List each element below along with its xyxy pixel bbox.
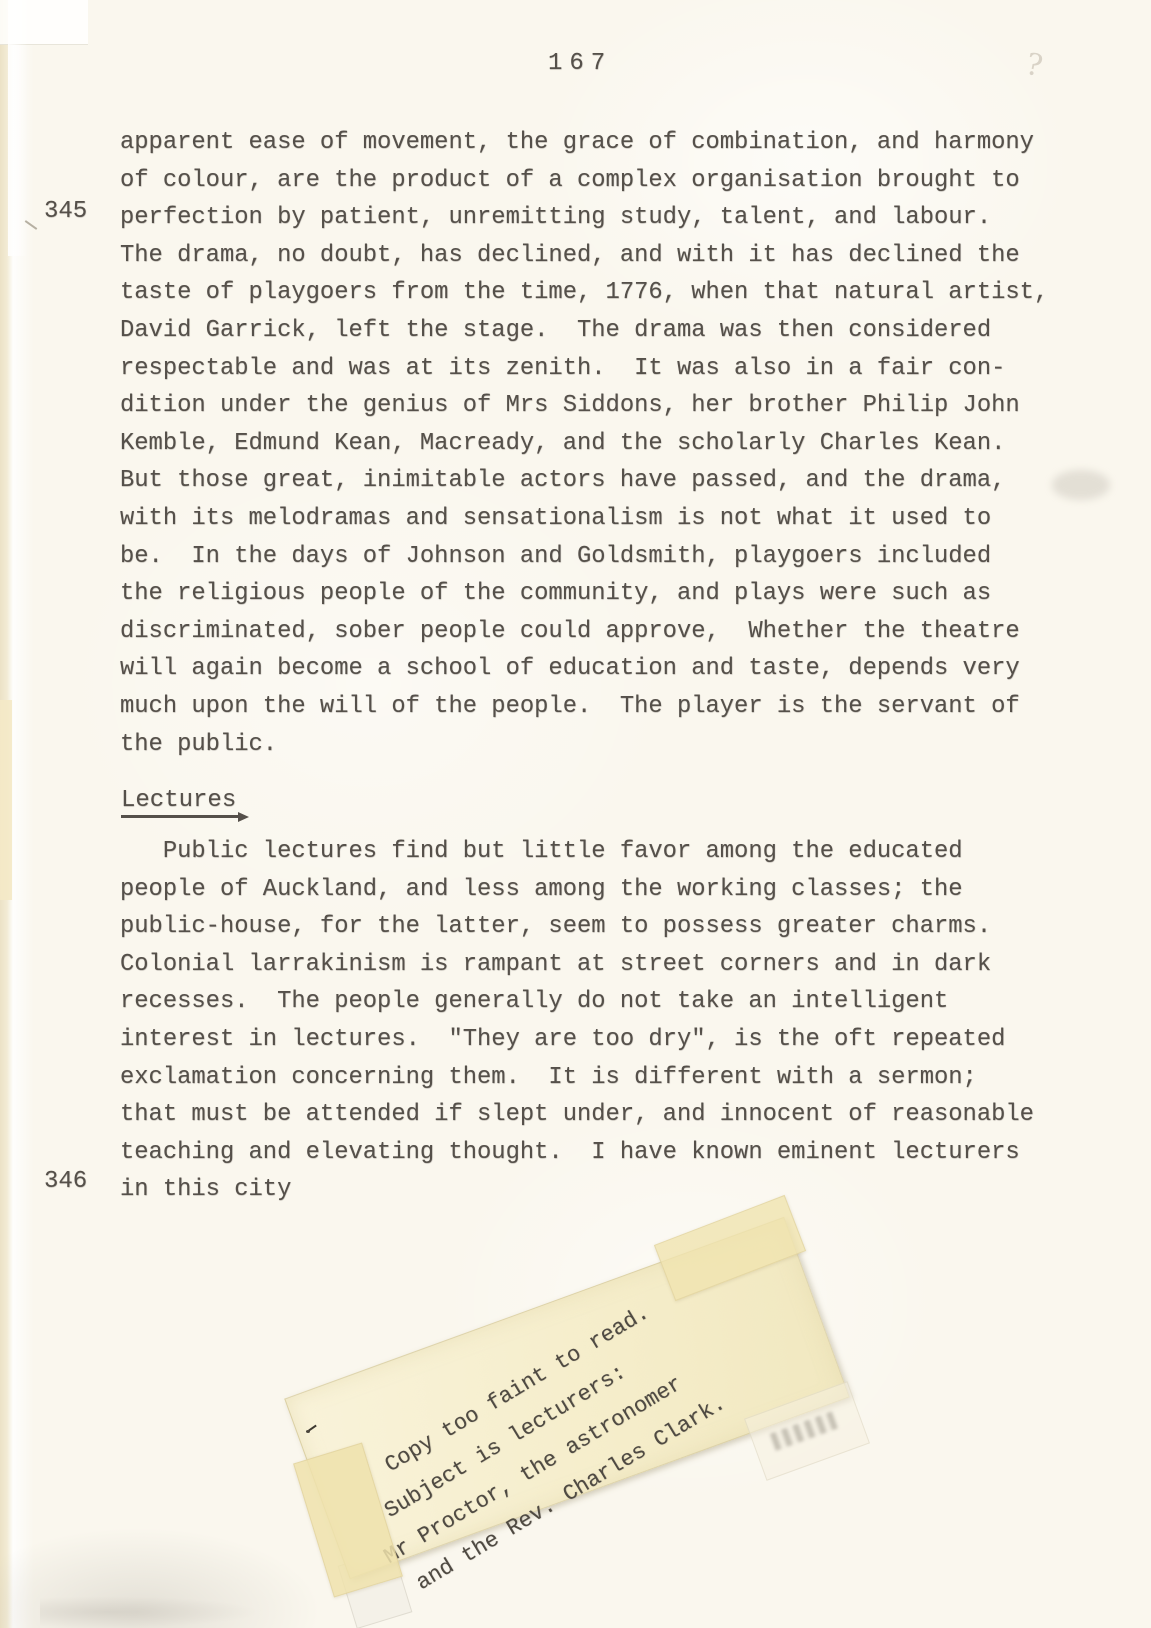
heading-underline-arrow <box>121 815 239 818</box>
scanned-typescript-page: ? 167 345 346 apparent ease of movement,… <box>0 0 1151 1628</box>
page-number: 167 <box>548 50 612 77</box>
margin-note-lower: 346 <box>44 1168 87 1195</box>
margin-note-upper: 345 <box>44 198 87 225</box>
text-line: will again become a school of education … <box>120 650 1100 688</box>
text-line: But those great, inimitable actors have … <box>120 462 1100 500</box>
ink-speck <box>306 1424 318 1434</box>
section-heading: Lectures <box>121 788 239 814</box>
text-line: teaching and elevating thought. I have k… <box>120 1134 1100 1172</box>
body-text-block: apparent ease of movement, the grace of … <box>120 124 1100 763</box>
text-line: The drama, no doubt, has declined, and w… <box>120 237 1100 275</box>
text-line: Public lectures find but little favor am… <box>120 833 1100 871</box>
text-line: respectable and was at its zenith. It wa… <box>120 350 1100 388</box>
text-line: that must be attended if slept under, an… <box>120 1096 1100 1134</box>
text-line: in this city <box>120 1171 1100 1209</box>
text-line: David Garrick, left the stage. The drama… <box>120 312 1100 350</box>
text-line: much upon the will of the people. The pl… <box>120 688 1100 726</box>
tape-smudge-mark <box>770 1411 838 1450</box>
text-line: of colour, are the product of a complex … <box>120 162 1100 200</box>
text-line: public-house, for the latter, seem to po… <box>120 908 1100 946</box>
text-line: recesses. The people generally do not ta… <box>120 983 1100 1021</box>
text-line: with its melodramas and sensationalism i… <box>120 500 1100 538</box>
text-line: Colonial larrakinism is rampant at stree… <box>120 946 1100 984</box>
scan-left-edge-band <box>8 0 28 256</box>
text-line: discriminated, sober people could approv… <box>120 613 1100 651</box>
bottom-edge-smudge <box>40 1596 260 1628</box>
section-heading-wrap: Lectures <box>121 788 239 818</box>
text-line: dition under the genius of Mrs Siddons, … <box>120 387 1100 425</box>
text-line: taste of playgoers from the time, 1776, … <box>120 274 1100 312</box>
text-line: the public. <box>120 726 1100 764</box>
text-line: exclamation concerning them. It is diffe… <box>120 1059 1100 1097</box>
text-line: people of Auckland, and less among the w… <box>120 871 1100 909</box>
text-line: apparent ease of movement, the grace of … <box>120 124 1100 162</box>
text-line: interest in lectures. "They are too dry"… <box>120 1021 1100 1059</box>
lectures-text-block: Public lectures find but little favor am… <box>120 833 1100 1209</box>
text-line: perfection by patient, unremitting study… <box>120 199 1100 237</box>
scan-left-edge-strip <box>0 700 12 900</box>
faint-scan-mark: ? <box>1023 47 1046 85</box>
text-line: the religious people of the community, a… <box>120 575 1100 613</box>
text-line: Kemble, Edmund Kean, Macready, and the s… <box>120 425 1100 463</box>
text-line: be. In the days of Johnson and Goldsmith… <box>120 538 1100 576</box>
